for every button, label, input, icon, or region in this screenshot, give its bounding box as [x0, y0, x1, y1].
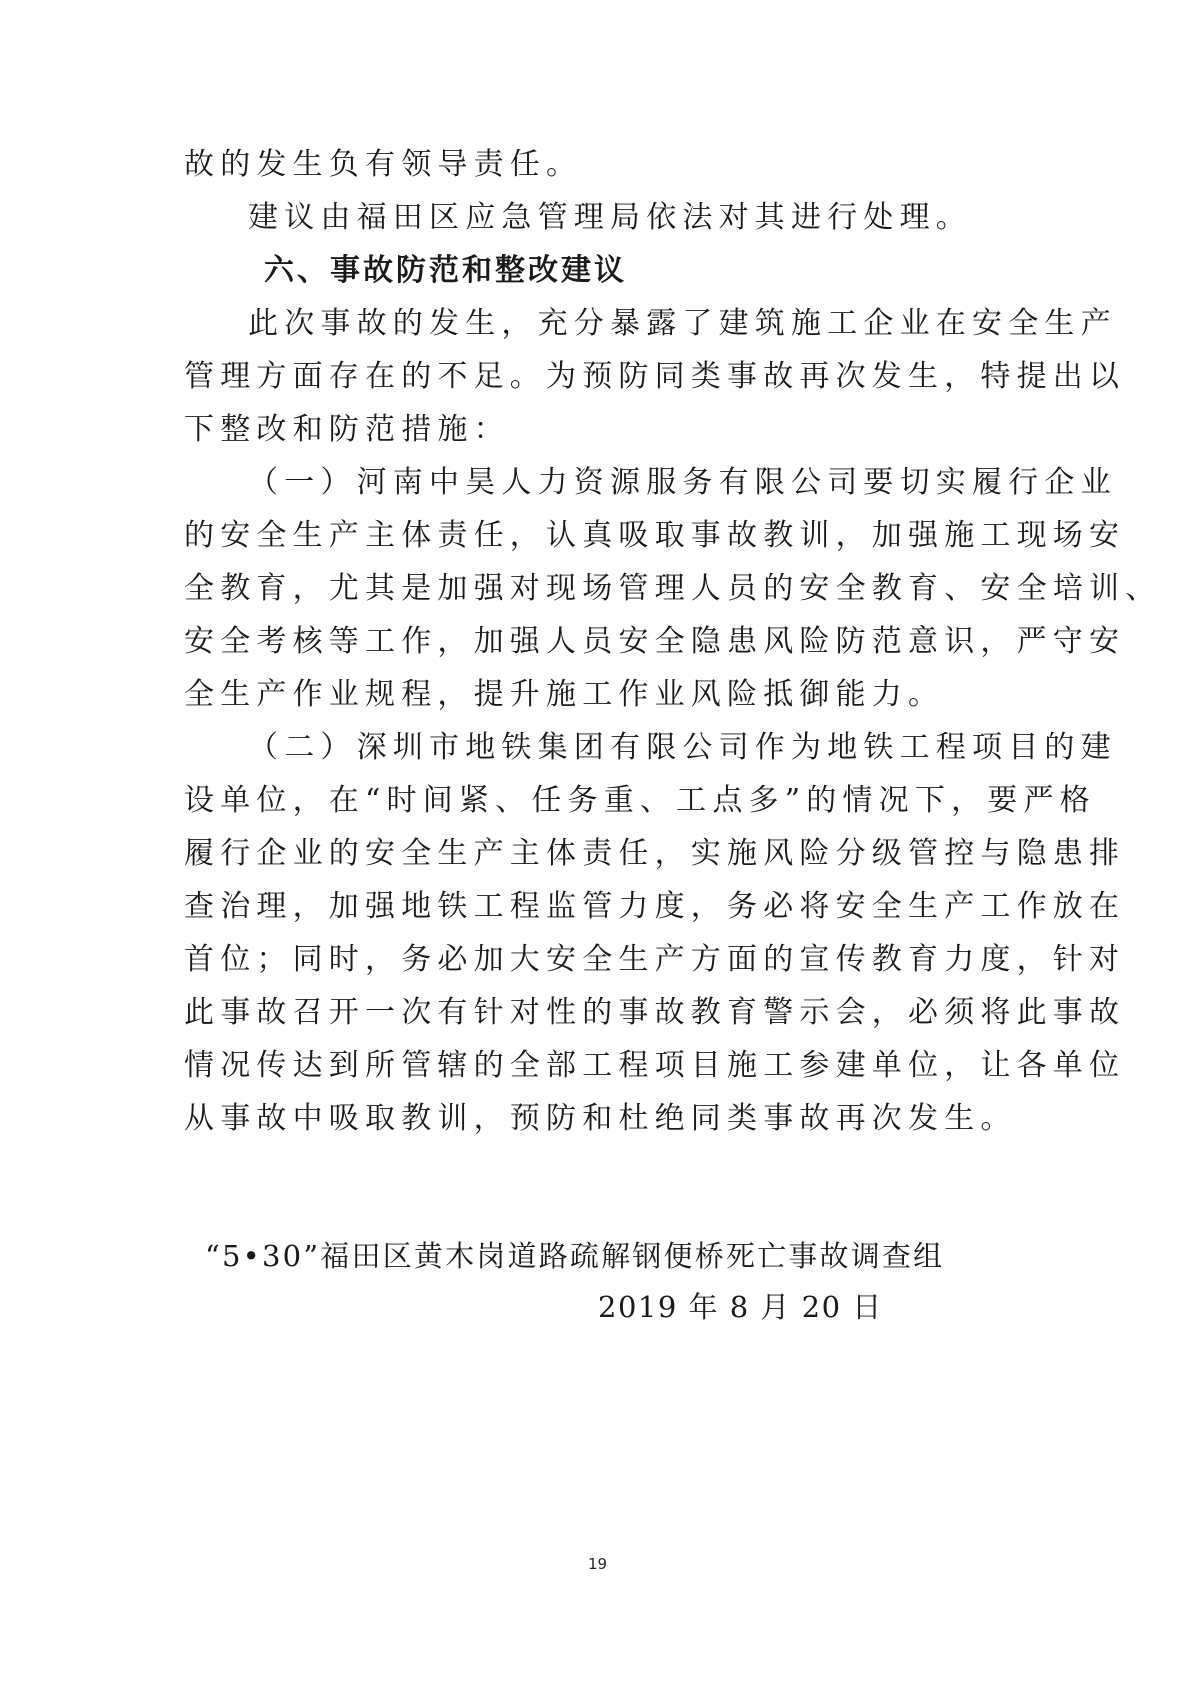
- item2-line: 首位；同时，务必加大安全生产方面的宣传教育力度，针对: [184, 940, 1014, 980]
- item2-line: 查治理，加强地铁工程监管力度，务必将安全生产工作放在: [184, 887, 1014, 927]
- item1-line: 的安全生产主体责任，认真吸取事故教训，加强施工现场安: [184, 516, 1014, 556]
- item1-line: （一）河南中昊人力资源服务有限公司要切实履行企业: [248, 463, 1078, 503]
- signature-org: “5•30”福田区黄木岗道路疏解钢便桥死亡事故调查组: [205, 1236, 944, 1276]
- paragraph-line: 故的发生负有领导责任。: [184, 145, 1014, 185]
- item2-line: 情况传达到所管辖的全部工程项目施工参建单位，让各单位: [184, 1046, 1014, 1086]
- page-number: 19: [588, 1554, 607, 1574]
- intro-line: 此次事故的发生，充分暴露了建筑施工企业在安全生产: [248, 304, 1078, 344]
- intro-line: 管理方面存在的不足。为预防同类事故再次发生，特提出以: [184, 357, 1014, 397]
- paragraph-line: 建议由福田区应急管理局依法对其进行处理。: [248, 198, 1078, 238]
- item2-line: 此事故召开一次有针对性的事故教育警示会，必须将此事故: [184, 993, 1014, 1033]
- signature-date: 2019 年 8 月 20 日: [598, 1287, 883, 1327]
- item1-line: 全教育，尤其是加强对现场管理人员的安全教育、安全培训、: [184, 569, 1014, 609]
- item1-line: 安全考核等工作，加强人员安全隐患风险防范意识，严守安: [184, 622, 1014, 662]
- item2-line: 设单位，在“时间紧、任务重、工点多”的情况下，要严格: [184, 781, 1014, 821]
- item2-line: 从事故中吸取教训，预防和杜绝同类事故再次发生。: [184, 1099, 1014, 1139]
- item2-line: 履行企业的安全生产主体责任，实施风险分级管控与隐患排: [184, 834, 1014, 874]
- item1-line: 全生产作业规程，提升施工作业风险抵御能力。: [184, 675, 1014, 715]
- intro-line: 下整改和防范措施：: [184, 410, 1014, 450]
- document-page: 故的发生负有领导责任。 建议由福田区应急管理局依法对其进行处理。 六、事故防范和…: [0, 0, 1199, 1696]
- item2-line: （二）深圳市地铁集团有限公司作为地铁工程项目的建: [248, 728, 1078, 768]
- section-heading: 六、事故防范和整改建议: [264, 251, 627, 291]
